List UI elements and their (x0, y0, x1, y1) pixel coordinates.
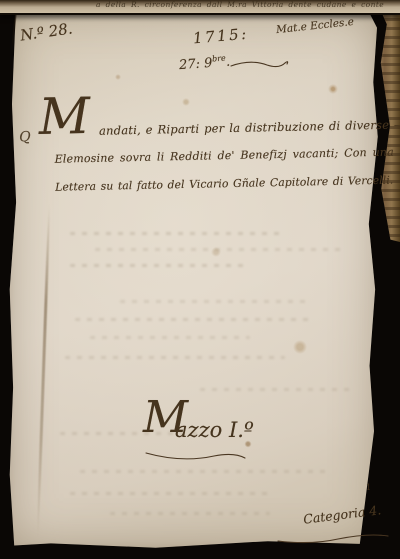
categoria-flourish-stroke (276, 530, 392, 545)
folio-mark: 1 (366, 483, 371, 492)
manuscript-scan: N.º 28. 1715: Mat.e Eccles.e 27: 9bre. Q… (0, 0, 400, 559)
mazzo-flourish-stroke (142, 447, 250, 464)
previous-page-text-fragment: a della R. circonferenza dall M.ra Vitto… (96, 0, 384, 10)
title-line: Elemosine sovra li Redditi de' Benefizj … (54, 145, 400, 165)
paragraph-mark: Q (19, 129, 31, 145)
title-initial-capital: M (38, 91, 90, 142)
previous-page-edge: a della R. circonferenza dall M.ra Vitto… (0, 0, 400, 15)
title-line: andati, e Riparti per la distribuzione d… (99, 117, 400, 137)
title-line: Lettera su tal fatto del Vicario Gñale C… (55, 174, 393, 194)
title-paragraph: Q M andati, e Riparti per la distribuzio… (0, 0, 400, 221)
mazzo-label: azzo I.º (175, 418, 254, 442)
